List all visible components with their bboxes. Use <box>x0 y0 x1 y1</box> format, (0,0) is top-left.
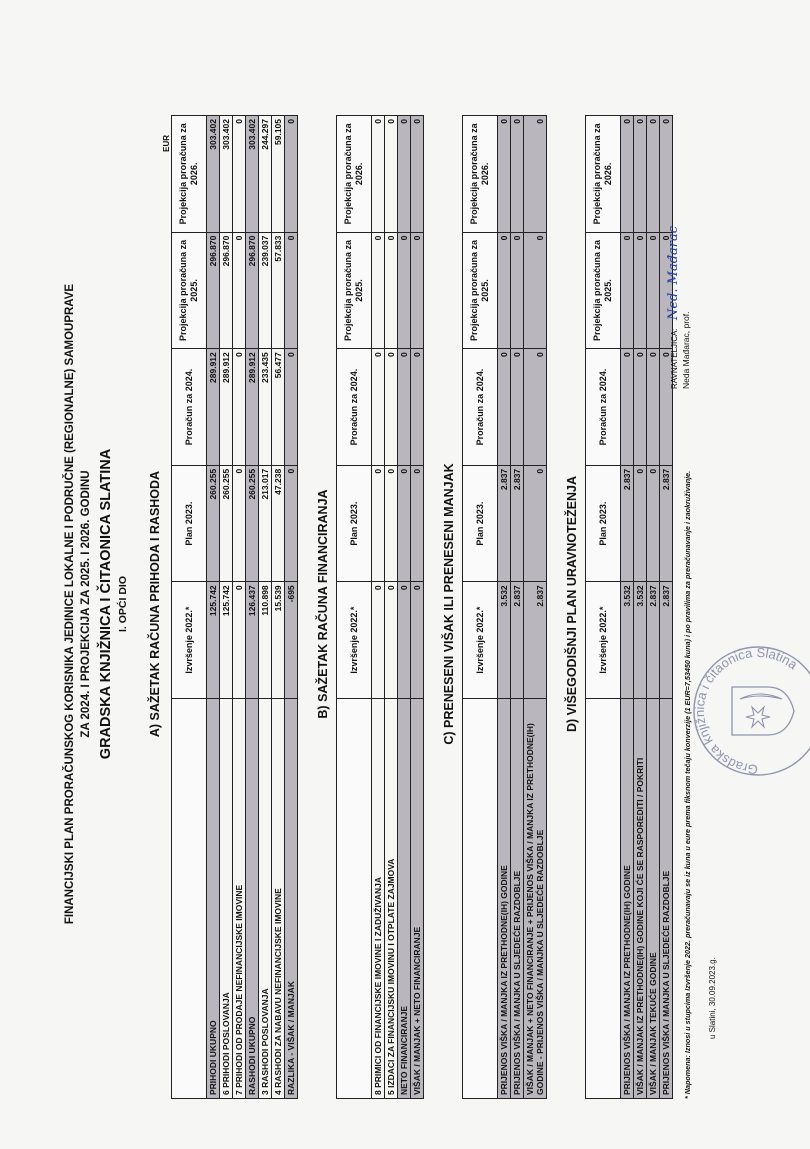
row-value: 2.837 <box>511 465 524 581</box>
row-value: -695 <box>285 582 298 699</box>
row-value: 3.532 <box>498 582 511 699</box>
row-value: 0 <box>385 116 398 233</box>
table-row: RAZLIKA - VIŠAK / MANJAK-6950000 <box>285 116 298 1099</box>
row-value: 0 <box>233 465 246 582</box>
section-c: C) PRENESENI VIŠAK ILI PRENESENI MANJAKI… <box>442 99 547 1109</box>
row-label: PRIJENOS VIŠKA / MANJKA U SLJEDEĆE RAZDO… <box>660 698 673 1098</box>
row-value: 0 <box>411 465 424 581</box>
table-row: PRIJENOS VIŠKA / MANJKA IZ PRETHODNE(IH)… <box>498 116 511 1099</box>
table-row: PRIJENOS VIŠKA / MANJKA U SLJEDEĆE RAZDO… <box>511 116 524 1099</box>
row-value: 2.837 <box>660 582 673 699</box>
row-value: 239.037 <box>259 232 272 349</box>
table-row: VIŠAK / MANJAK TEKUĆE GODINE2.8370000 <box>647 116 660 1099</box>
row-value: 3.532 <box>634 582 647 699</box>
column-header: Proračun za 2024. <box>586 349 621 466</box>
row-value: 0 <box>498 232 511 349</box>
row-value: 0 <box>233 582 246 699</box>
row-value: 0 <box>385 232 398 349</box>
row-label: VIŠAK / MANJAK TEKUĆE GODINE <box>647 698 660 1098</box>
column-header: Projekcija proračuna za 2025. <box>463 232 498 349</box>
row-label: 8 PRIMICI OD FINANCIJSKE IMOVINE I ZADUŽ… <box>372 698 385 1098</box>
row-value: 2.837 <box>621 465 634 581</box>
row-value: 0 <box>634 116 647 233</box>
row-value: 0 <box>372 582 385 699</box>
section-c-table: Izvršenje 2022.*Plan 2023.Proračun za 20… <box>462 115 547 1099</box>
table-row: 8 PRIMICI OD FINANCIJSKE IMOVINE I ZADUŽ… <box>372 116 385 1099</box>
row-value: 0 <box>524 232 547 349</box>
row-value: 0 <box>524 465 547 581</box>
handwritten-signature: Ned. Mađarac <box>666 226 681 320</box>
section-b: B) SAŽETAK RAČUNA FINANCIRANJAIzvršenje … <box>316 99 424 1109</box>
row-label: 5 IZDACI ZA FINANCIJSKU IMOVINU I OTPLAT… <box>385 698 398 1098</box>
row-value: 244.297 <box>259 116 272 233</box>
column-header: Plan 2023. <box>337 465 372 581</box>
row-value: 0 <box>647 232 660 349</box>
row-value: 0 <box>372 116 385 233</box>
row-value: 0 <box>634 232 647 349</box>
header-label-cell <box>337 698 372 1098</box>
header-line-2: ZA 2024. I PROJEKCIJA ZA 2025. I 2026. G… <box>78 99 94 1109</box>
table-row: RASHODI UKUPNO126.437260.255289.912296.8… <box>246 116 259 1099</box>
row-value: 303.402 <box>246 116 259 233</box>
table-row: PRIHODI UKUPNO125.742260.255289.912296.8… <box>207 116 220 1099</box>
row-value: 233.435 <box>259 349 272 466</box>
column-header: Proračun za 2024. <box>172 349 207 466</box>
row-label: 6 PRIHODI POSLOVANJA <box>220 698 233 1098</box>
row-value: 0 <box>511 232 524 349</box>
table-row: 4 RASHODI ZA NABAVU NEFINANCIJSKE IMOVIN… <box>272 116 285 1099</box>
section-c-title: C) PRENESENI VIŠAK ILI PRENESENI MANJAK <box>442 99 456 1109</box>
row-value: 0 <box>372 465 385 581</box>
official-stamp-icon: Gradska knjižnica i čitaonica Slatina <box>690 643 810 779</box>
header-label-cell <box>463 698 498 1098</box>
section-d-table: Izvršenje 2022.*Plan 2023.Proračun za 20… <box>585 115 673 1099</box>
row-value: 296.870 <box>220 232 233 349</box>
row-value: 0 <box>285 116 298 233</box>
row-value: 0 <box>372 232 385 349</box>
row-value: 0 <box>621 232 634 349</box>
row-value: 0 <box>398 465 411 581</box>
signer-name: Neda Mađarac, prof. <box>681 226 691 389</box>
row-label: PRIHODI UKUPNO <box>207 698 220 1098</box>
part-title: I. OPĆI DIO <box>116 99 130 1109</box>
row-value: 0 <box>398 349 411 466</box>
section-a-title: A) SAŽETAK RAČUNA PRIHODA I RASHODA <box>148 99 162 1109</box>
column-header: Proračun za 2024. <box>463 349 498 466</box>
row-value: 0 <box>411 116 424 233</box>
row-value: 125.742 <box>207 582 220 699</box>
row-value: 2.837 <box>524 582 547 699</box>
row-label: VIŠAK / MANJAK + NETO FINANCIRANJE <box>411 698 424 1098</box>
row-value: 0 <box>233 116 246 233</box>
column-header: Izvršenje 2022.* <box>586 582 621 699</box>
row-value: 2.837 <box>498 465 511 581</box>
section-b-table: Izvršenje 2022.*Plan 2023.Proračun za 20… <box>336 115 424 1099</box>
institution-name: GRADSKA KNJIŽNICA I ČITAONICA SLATINA <box>96 99 116 1109</box>
signer-role: RAVNATELJICA: <box>670 328 679 389</box>
header-label-cell <box>586 698 621 1098</box>
row-value: 0 <box>647 465 660 581</box>
row-value: 213.017 <box>259 465 272 582</box>
row-value: 0 <box>524 349 547 466</box>
row-label: PRIJENOS VIŠKA / MANJKA IZ PRETHODNE(IH)… <box>621 698 634 1098</box>
row-value: 0 <box>621 349 634 466</box>
row-value: 0 <box>511 349 524 466</box>
row-label: VIŠAK / MANJAK IZ PRETHODNE(IH) GODINE K… <box>634 698 647 1098</box>
column-header: Projekcija proračuna za 2025. <box>337 232 372 349</box>
row-value: 0 <box>385 582 398 699</box>
section-a: A) SAŽETAK RAČUNA PRIHODA I RASHODAEURIz… <box>148 99 298 1109</box>
row-label: RASHODI UKUPNO <box>246 698 259 1098</box>
section-d: D) VIŠEGODIŠNJI PLAN URAVNOTEŽENJAIzvrše… <box>565 99 673 1109</box>
column-header: Projekcija proračuna za 2025. <box>172 232 207 349</box>
row-value: 289.912 <box>220 349 233 466</box>
row-value: 2.837 <box>660 465 673 581</box>
row-value: 57.833 <box>272 232 285 349</box>
row-value: 0 <box>634 465 647 581</box>
table-row: 7 PRIHODI OD PRODAJE NEFINANCIJSKE IMOVI… <box>233 116 246 1099</box>
column-header: Plan 2023. <box>463 465 498 581</box>
row-value: 3.532 <box>621 582 634 699</box>
table-row: 5 IZDACI ZA FINANCIJSKU IMOVINU I OTPLAT… <box>385 116 398 1099</box>
row-value: 0 <box>285 349 298 466</box>
row-value: 126.437 <box>246 582 259 699</box>
row-value: 303.402 <box>207 116 220 233</box>
row-value: 0 <box>398 116 411 233</box>
row-value: 59.105 <box>272 116 285 233</box>
column-header: Projekcija proračuna za 2025. <box>586 232 621 349</box>
row-value: 0 <box>660 116 673 233</box>
document-page: FINANCIJSKI PLAN PRORAČUNSKOG KORISNIKA … <box>0 0 810 1149</box>
row-value: 0 <box>498 116 511 233</box>
svg-text:Gradska knjižnica i čitaonica: Gradska knjižnica i čitaonica Slatina <box>692 645 801 777</box>
row-value: 0 <box>233 349 246 466</box>
row-value: 47.238 <box>272 465 285 582</box>
row-label: VIŠAK / MANJAK + NETO FINANCIRANJE + PRI… <box>524 698 547 1098</box>
column-header: Izvršenje 2022.* <box>463 582 498 699</box>
table-row: VIŠAK / MANJAK + NETO FINANCIRANJE00000 <box>411 116 424 1099</box>
row-label: 4 RASHODI ZA NABAVU NEFINANCIJSKE IMOVIN… <box>272 698 285 1098</box>
row-value: 0 <box>385 349 398 466</box>
column-header: Projekcija proračuna za 2026. <box>463 116 498 233</box>
row-value: 2.837 <box>647 582 660 699</box>
row-value: 0 <box>285 232 298 349</box>
row-value: 0 <box>398 232 411 349</box>
header-label-cell <box>172 698 207 1098</box>
table-row: PRIJENOS VIŠKA / MANJKA IZ PRETHODNE(IH)… <box>621 116 634 1099</box>
table-row: VIŠAK / MANJAK IZ PRETHODNE(IH) GODINE K… <box>634 116 647 1099</box>
row-label: NETO FINANCIRANJE <box>398 698 411 1098</box>
row-label: PRIJENOS VIŠKA / MANJKA IZ PRETHODNE(IH)… <box>498 698 511 1098</box>
row-label: RAZLIKA - VIŠAK / MANJAK <box>285 698 298 1098</box>
section-a-table: Izvršenje 2022.*Plan 2023.Proračun za 20… <box>171 115 298 1099</box>
row-value: 0 <box>621 116 634 233</box>
row-value: 0 <box>511 116 524 233</box>
row-value: 260.255 <box>207 465 220 582</box>
row-value: 303.402 <box>220 116 233 233</box>
table-row: NETO FINANCIRANJE00000 <box>398 116 411 1099</box>
row-value: 2.837 <box>511 582 524 699</box>
row-label: 3 RASHODI POSLOVANJA <box>259 698 272 1098</box>
row-value: 0 <box>411 582 424 699</box>
row-value: 15.539 <box>272 582 285 699</box>
row-value: 296.870 <box>246 232 259 349</box>
row-value: 0 <box>398 582 411 699</box>
row-value: 0 <box>647 349 660 466</box>
row-label: 7 PRIHODI OD PRODAJE NEFINANCIJSKE IMOVI… <box>233 698 246 1098</box>
row-value: 0 <box>524 116 547 233</box>
row-value: 0 <box>385 465 398 581</box>
table-row: 3 RASHODI POSLOVANJA110.898213.017233.43… <box>259 116 272 1099</box>
place-date: u Slatini, 30.09.2023.g. <box>708 99 717 1039</box>
row-value: 260.255 <box>220 465 233 582</box>
table-row: VIŠAK / MANJAK + NETO FINANCIRANJE + PRI… <box>524 116 547 1099</box>
row-value: 0 <box>285 465 298 582</box>
signature-block: RAVNATELJICA: Ned. Mađarac Neda Mađarac,… <box>666 226 691 389</box>
column-header: Proračun za 2024. <box>337 349 372 466</box>
column-header: Projekcija proračuna za 2026. <box>586 116 621 233</box>
row-value: 0 <box>647 116 660 233</box>
row-value: 110.898 <box>259 582 272 699</box>
column-header: Plan 2023. <box>586 465 621 581</box>
row-value: 0 <box>411 349 424 466</box>
row-value: 0 <box>233 232 246 349</box>
section-b-title: B) SAŽETAK RAČUNA FINANCIRANJA <box>316 99 330 1109</box>
row-value: 289.912 <box>207 349 220 466</box>
row-value: 260.255 <box>246 465 259 582</box>
row-value: 0 <box>411 232 424 349</box>
row-value: 0 <box>498 349 511 466</box>
row-value: 56.477 <box>272 349 285 466</box>
row-value: 0 <box>634 349 647 466</box>
column-header: Izvršenje 2022.* <box>337 582 372 699</box>
column-header: Projekcija proračuna za 2026. <box>172 116 207 233</box>
header-line-1: FINANCIJSKI PLAN PRORAČUNSKOG KORISNIKA … <box>62 99 78 1109</box>
row-value: 125.742 <box>220 582 233 699</box>
column-header: Projekcija proračuna za 2026. <box>337 116 372 233</box>
column-header: Izvršenje 2022.* <box>172 582 207 699</box>
row-value: 296.870 <box>207 232 220 349</box>
section-d-title: D) VIŠEGODIŠNJI PLAN URAVNOTEŽENJA <box>565 99 579 1109</box>
row-label: PRIJENOS VIŠKA / MANJKA U SLJEDEĆE RAZDO… <box>511 698 524 1098</box>
document-header: FINANCIJSKI PLAN PRORAČUNSKOG KORISNIKA … <box>62 99 130 1109</box>
row-value: 0 <box>372 349 385 466</box>
column-header: Plan 2023. <box>172 465 207 582</box>
row-value: 289.912 <box>246 349 259 466</box>
currency-label: EUR <box>162 135 171 1109</box>
table-row: 6 PRIHODI POSLOVANJA125.742260.255289.91… <box>220 116 233 1099</box>
